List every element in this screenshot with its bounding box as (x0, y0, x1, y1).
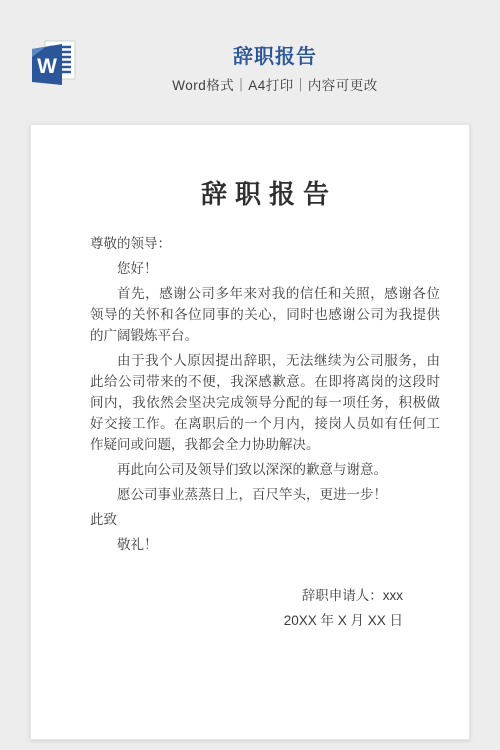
template-subtitle: Word格式｜A4打印｜内容可更改 (50, 77, 500, 95)
signature-applicant: 辞职申请人：xxx (90, 583, 403, 608)
document-title: 辞职报告 (90, 179, 440, 209)
closing-line: 此致 (90, 509, 440, 530)
document-body: 尊敬的领导： 您好！ 首先，感谢公司多年来对我的信任和关照，感谢各位领导的关怀和… (90, 233, 440, 555)
salute-line: 敬礼！ (90, 534, 440, 555)
paragraph: 您好！ (90, 258, 440, 279)
paragraph: 愿公司事业蒸蒸日上，百尺竿头，更进一步！ (90, 484, 440, 505)
greeting-line: 尊敬的领导： (90, 233, 440, 254)
signature-date: 20XX 年 X 月 XX 日 (90, 608, 403, 633)
paragraph: 由于我个人原因提出辞职，无法继续为公司服务，由此给公司带来的不便，我深感歉意。在… (90, 350, 440, 455)
template-header: W 辞职报告 Word格式｜A4打印｜内容可更改 (0, 0, 500, 95)
paragraph: 首先，感谢公司多年来对我的信任和关照，感谢各位领导的关怀和各位同事的关心，同时也… (90, 283, 440, 346)
word-logo-icon: W (30, 40, 78, 86)
header-text-block: 辞职报告 Word格式｜A4打印｜内容可更改 (50, 46, 500, 95)
signature-block: 辞职申请人：xxx 20XX 年 X 月 XX 日 (90, 583, 440, 633)
document-page: 辞职报告 尊敬的领导： 您好！ 首先，感谢公司多年来对我的信任和关照，感谢各位领… (30, 124, 470, 740)
word-icon-letter: W (37, 55, 57, 78)
paragraph: 再此向公司及领导们致以深深的歉意与谢意。 (90, 459, 440, 480)
template-title: 辞职报告 (50, 46, 500, 68)
